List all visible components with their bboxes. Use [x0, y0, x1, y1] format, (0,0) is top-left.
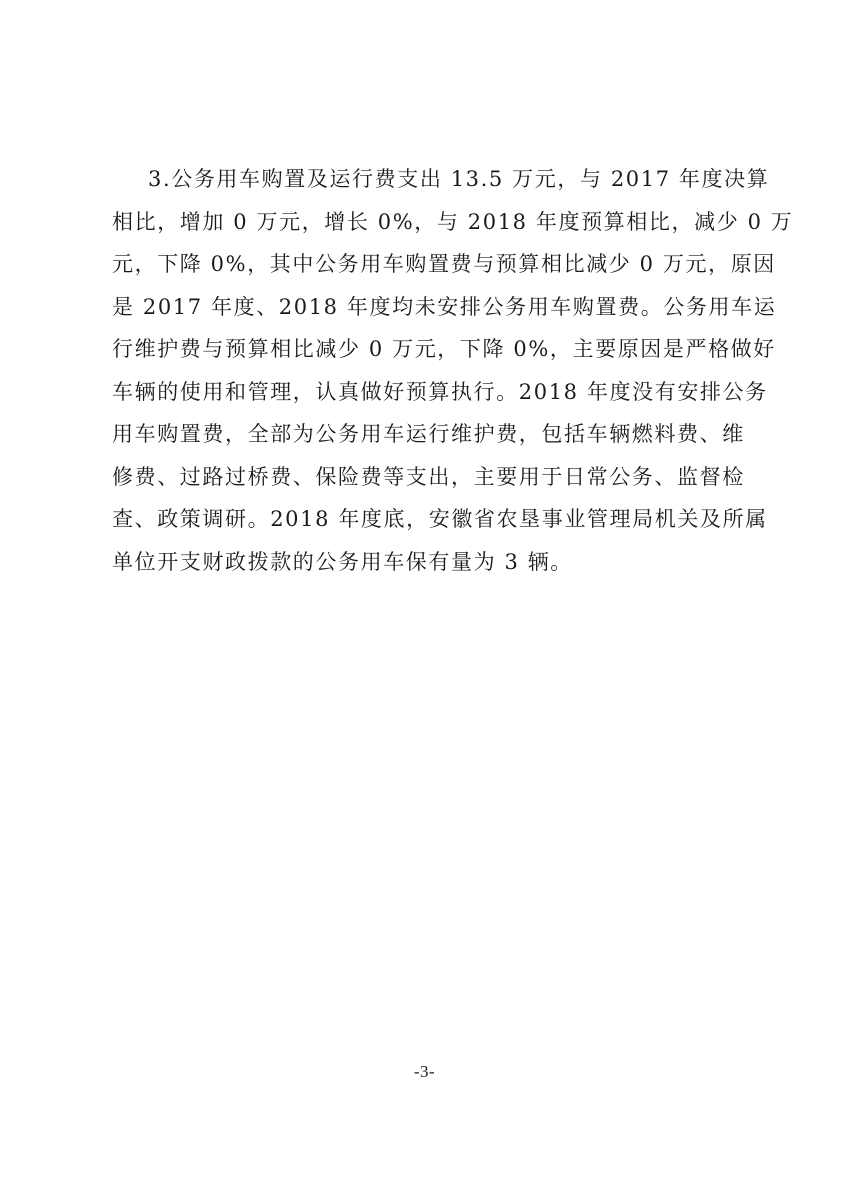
paragraph-line: 3.公务用车购置及运行费支出 13.5 万元，与 2017 年度决算 [112, 158, 742, 201]
paragraph-line: 查、政策调研。2018 年度底，安徽省农垦事业管理局机关及所属 [112, 498, 742, 541]
paragraph-vehicle-expenses: 3.公务用车购置及运行费支出 13.5 万元，与 2017 年度决算 相比，增加… [112, 158, 742, 583]
paragraph-line: 修费、过路过桥费、保险费等支出，主要用于日常公务、监督检 [112, 456, 742, 499]
paragraph-line: 单位开支财政拨款的公务用车保有量为 3 辆。 [112, 541, 742, 584]
paragraph-line: 行维护费与预算相比减少 0 万元，下降 0%，主要原因是严格做好 [112, 328, 742, 371]
paragraph-line: 车辆的使用和管理，认真做好预算执行。2018 年度没有安排公务 [112, 371, 742, 414]
paragraph-line: 是 2017 年度、2018 年度均未安排公务用车购置费。公务用车运 [112, 286, 742, 329]
paragraph-line: 相比，增加 0 万元，增长 0%，与 2018 年度预算相比，减少 0 万 [112, 201, 742, 244]
paragraph-line: 用车购置费，全部为公务用车运行维护费，包括车辆燃料费、维 [112, 413, 742, 456]
document-page: 3.公务用车购置及运行费支出 13.5 万元，与 2017 年度决算 相比，增加… [0, 0, 849, 1200]
paragraph-line: 元，下降 0%，其中公务用车购置费与预算相比减少 0 万元，原因 [112, 243, 742, 286]
page-number: -3- [0, 1062, 849, 1082]
